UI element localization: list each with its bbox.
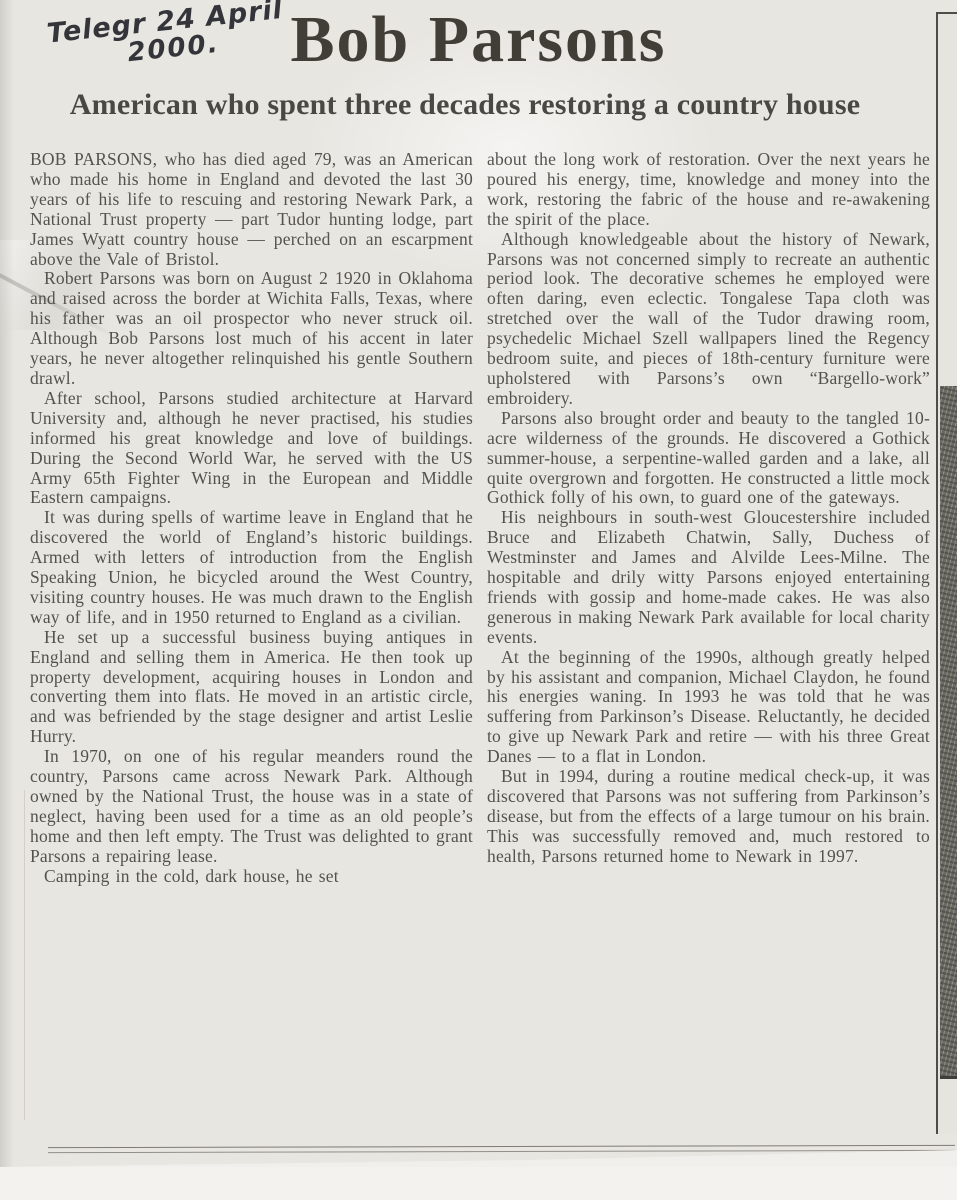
article-body: BOB PARSONS, who has died aged 79, was a…: [30, 150, 930, 887]
article-paragraph: At the beginning of the 1990s, although …: [487, 648, 930, 767]
article-paragraph: He set up a successful business buying a…: [30, 628, 473, 747]
paper-fold-mark: [24, 790, 25, 1120]
scanner-background: [0, 1167, 957, 1200]
adjacent-photo-frame-fragment: [936, 12, 957, 1134]
article-paragraph: Parsons also brought order and beauty to…: [487, 409, 930, 509]
article-paragraph: His neighbours in south-west Gloucesters…: [487, 508, 930, 647]
article-column-left: BOB PARSONS, who has died aged 79, was a…: [30, 150, 473, 887]
article-paragraph: about the long work of restoration. Over…: [487, 150, 930, 230]
newspaper-clipping: Telegr 24 April 2000. Bob Parsons Americ…: [0, 0, 957, 1172]
obituary-headline: Bob Parsons: [0, 2, 957, 78]
article-paragraph: After school, Parsons studied architectu…: [30, 389, 473, 508]
obituary-standfirst: American who spent three decades restori…: [0, 88, 930, 122]
article-paragraph: Although knowledgeable about the history…: [487, 230, 930, 409]
article-paragraph: Robert Parsons was born on August 2 1920…: [30, 269, 473, 388]
article-paragraph: BOB PARSONS, who has died aged 79, was a…: [30, 150, 473, 269]
article-paragraph: Camping in the cold, dark house, he set: [30, 867, 473, 887]
article-paragraph: But in 1994, during a routine medical ch…: [487, 767, 930, 867]
article-column-right: about the long work of restoration. Over…: [487, 150, 930, 887]
article-paragraph: In 1970, on one of his regular meanders …: [30, 747, 473, 866]
article-paragraph: It was during spells of wartime leave in…: [30, 508, 473, 627]
column-bottom-rule: [48, 1145, 955, 1153]
adjacent-photo-texture: [940, 386, 957, 1079]
paper-edge-shadow: [0, 0, 14, 1170]
